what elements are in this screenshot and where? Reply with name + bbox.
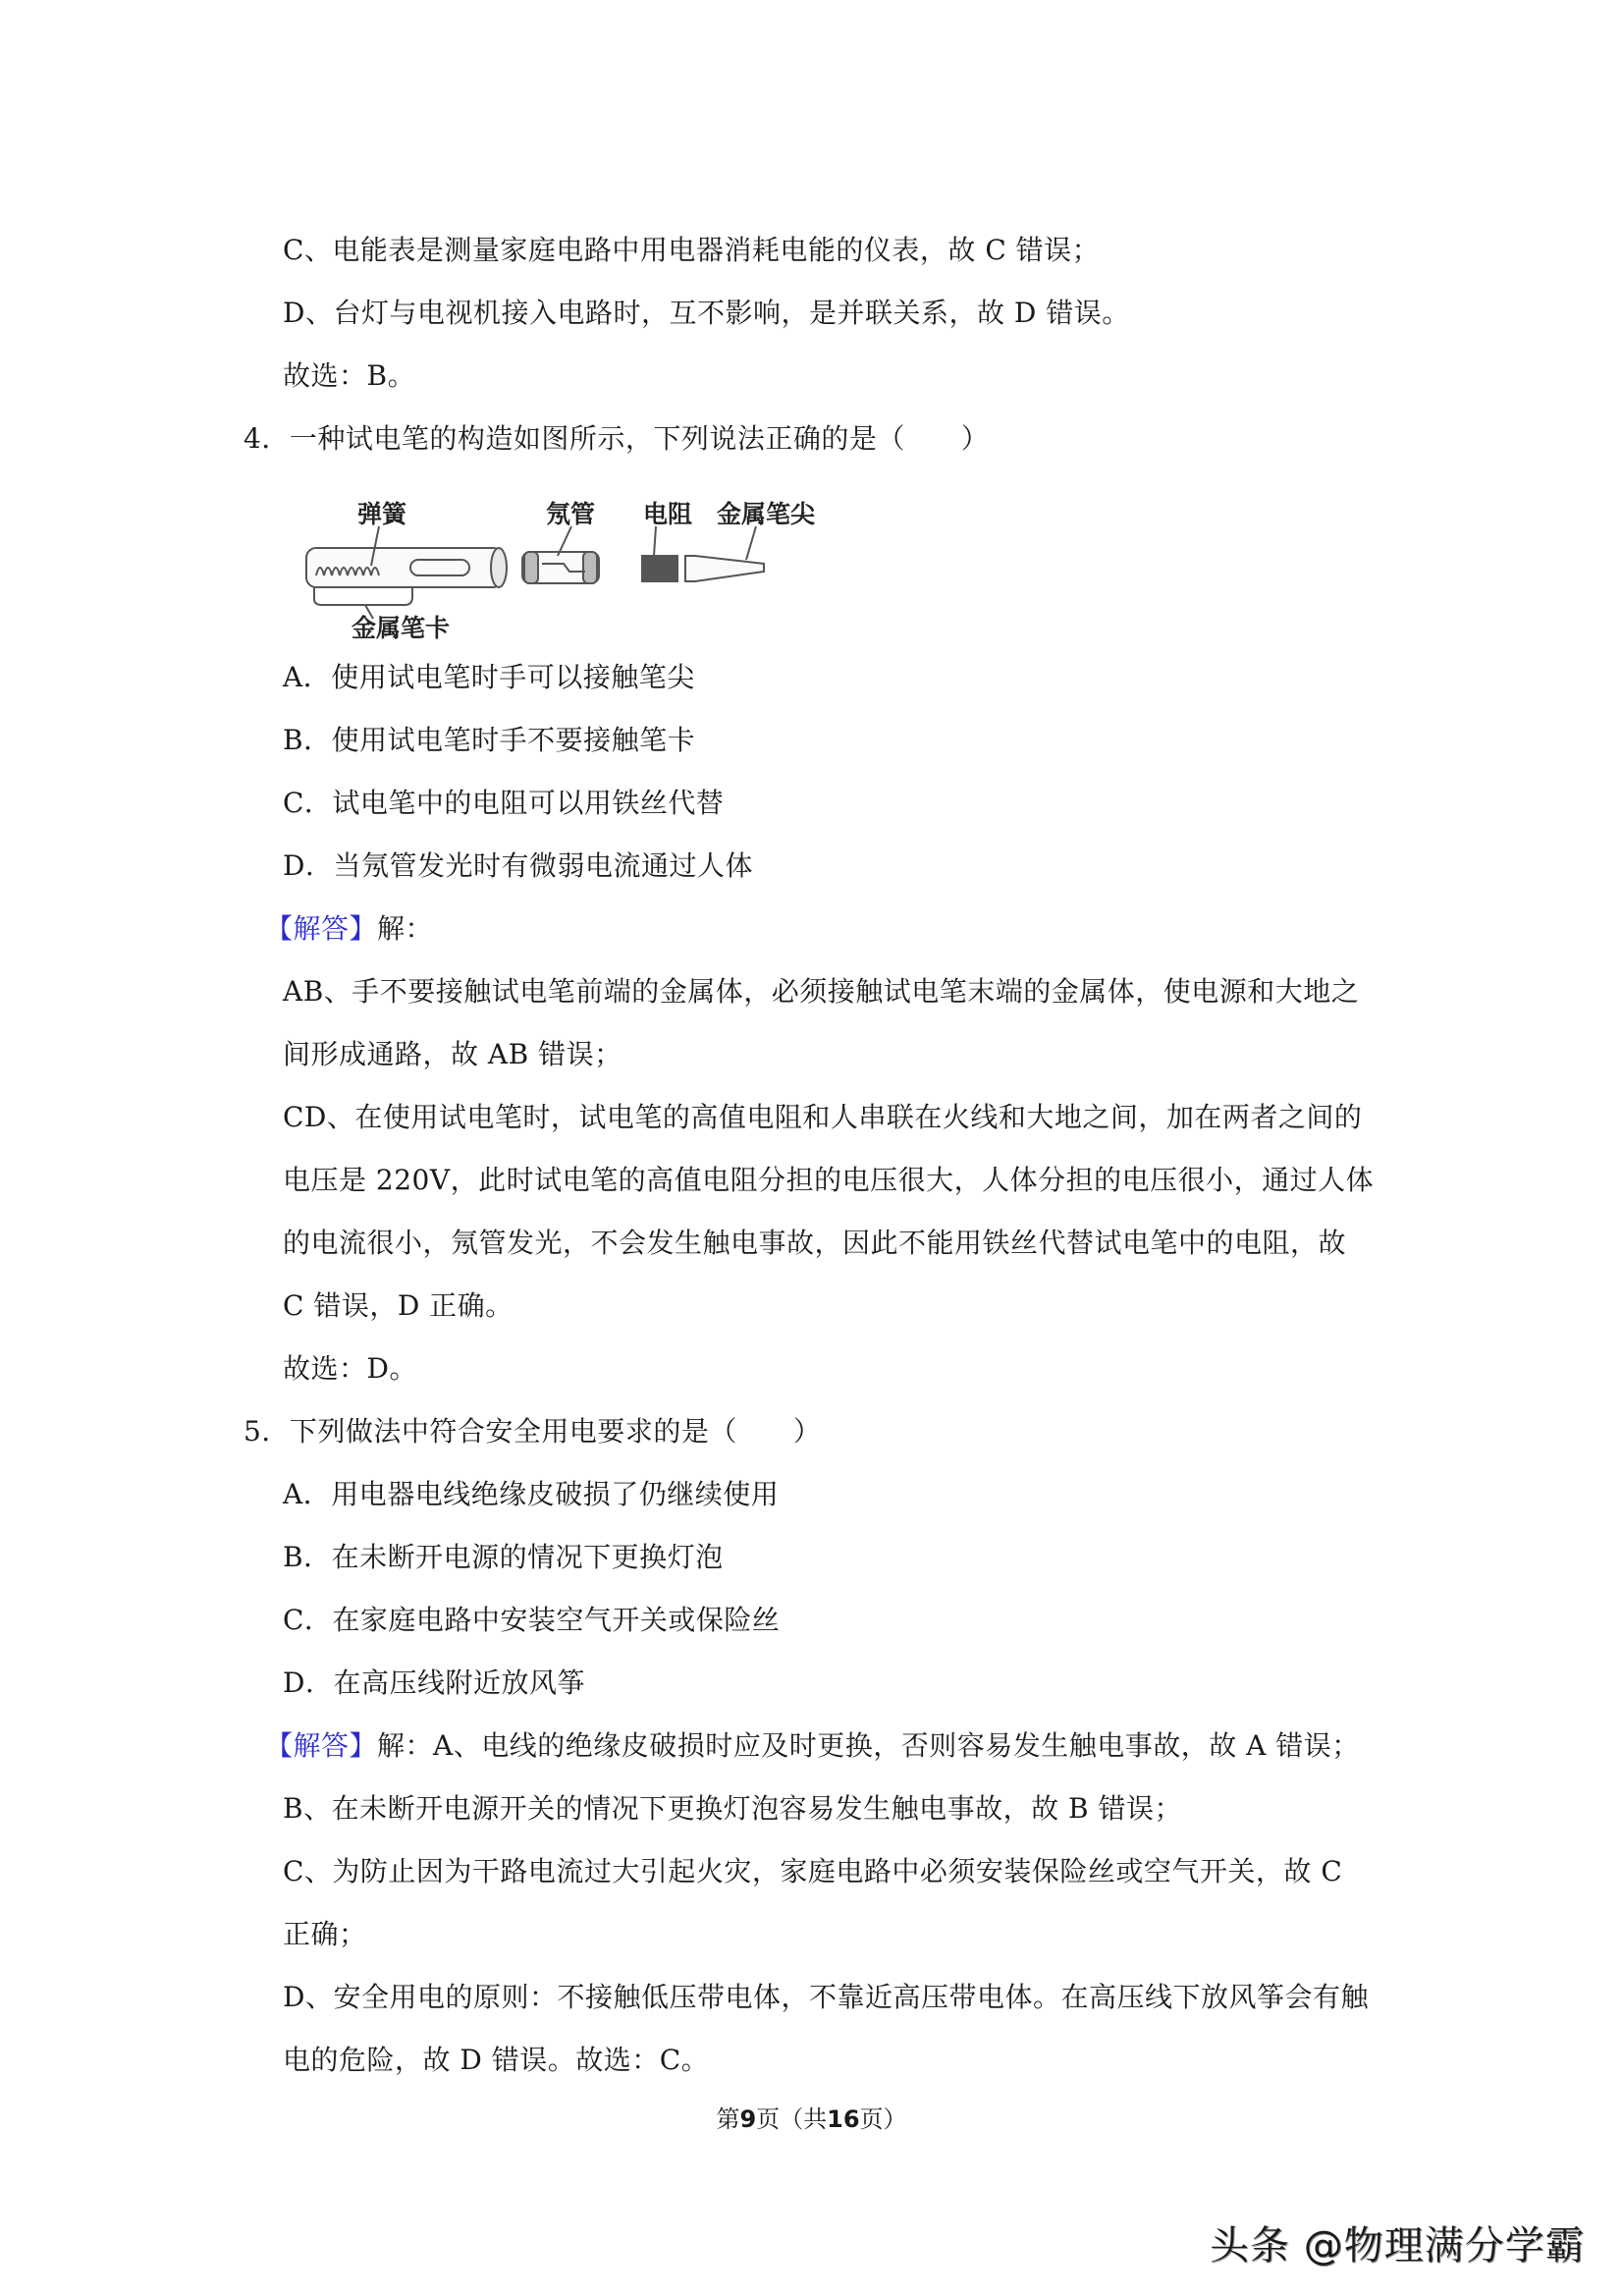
page-total: 16 — [827, 2105, 859, 2133]
page-footer: 第9页（共16页） — [0, 2104, 1623, 2135]
question-4-option-d: D．当氖管发光时有微弱电流通过人体 — [283, 847, 753, 886]
question-5-stem: 5．下列做法中符合安全用电要求的是（ ） — [243, 1412, 821, 1451]
question-4-option-c: C．试电笔中的电阻可以用铁丝代替 — [283, 784, 724, 823]
question-5-answer-line: B、在未断开电源开关的情况下更换灯泡容易发生触电事故，故 B 错误； — [283, 1789, 1182, 1829]
prev-answer-choice: 故选：B。 — [283, 356, 415, 396]
question-5-option-c: C．在家庭电路中安装空气开关或保险丝 — [283, 1601, 780, 1640]
question-4-stem: 4．一种试电笔的构造如图所示，下列说法正确的是（ ） — [243, 419, 989, 459]
pen-parts-illustration — [295, 491, 844, 648]
question-4-option-b: B．使用试电笔时手不要接触笔卡 — [283, 721, 695, 760]
question-4-answer-header: 【解答】解： — [265, 909, 433, 949]
footer-middle: 页（共 — [756, 2105, 827, 2133]
answer-label: 【解答】 — [265, 912, 377, 945]
watermark: 头条 @物理满分学霸 — [1210, 2221, 1586, 2270]
question-4-answer-line: CD、在使用试电笔时，试电笔的高值电阻和人串联在火线和大地之间，加在两者之间的 — [283, 1098, 1362, 1137]
question-5-answer-header: 【解答】解：A、电线的绝缘皮破损时应及时更换，否则容易发生触电事故，故 A 错误… — [265, 1726, 1360, 1766]
page-number: 9 — [739, 2105, 756, 2133]
footer-prefix: 第 — [716, 2105, 739, 2133]
question-4-choice: 故选：D。 — [283, 1349, 417, 1389]
question-4-answer-line: 间形成通路，故 AB 错误； — [283, 1035, 622, 1074]
question-4-option-a: A．使用试电笔时手可以接触笔尖 — [283, 658, 695, 697]
question-4-answer-line: 的电流很小，氖管发光，不会发生触电事故，因此不能用铁丝代替试电笔中的电阻，故 — [283, 1224, 1346, 1263]
question-4-answer-line: C 错误，D 正确。 — [283, 1286, 514, 1326]
question-5-option-a: A．用电器电线绝缘皮破损了仍继续使用 — [283, 1475, 779, 1514]
question-5-answer-line: D、安全用电的原则：不接触低压带电体，不靠近高压带电体。在高压线下放风筝会有触 — [283, 1978, 1369, 2017]
answer-first-line: 解：A、电线的绝缘皮破损时应及时更换，否则容易发生触电事故，故 A 错误； — [377, 1729, 1360, 1762]
question-4-answer-line: 电压是 220V，此时试电笔的高值电阻分担的电压很大，人体分担的电压很小，通过人… — [283, 1161, 1374, 1200]
question-4-answer-line: AB、手不要接触试电笔前端的金属体，必须接触试电笔末端的金属体，使电源和大地之 — [283, 972, 1359, 1011]
question-5-option-b: B．在未断开电源的情况下更换灯泡 — [283, 1538, 724, 1577]
test-pen-diagram: 弹簧 氖管 电阻 金属笔尖 金属笔卡 — [295, 491, 844, 648]
question-5-answer-line: 正确； — [283, 1915, 367, 1954]
question-5-answer-line: 电的危险，故 D 错误。故选：C。 — [283, 2041, 709, 2080]
prev-answer-line-c: C、电能表是测量家庭电路中用电器消耗电能的仪表，故 C 错误； — [283, 231, 1100, 270]
question-5-answer-line: C、为防止因为干路电流过大引起火灾，家庭电路中必须安装保险丝或空气开关，故 C — [283, 1852, 1342, 1891]
answer-intro: 解： — [377, 912, 433, 945]
footer-suffix: 页） — [860, 2105, 907, 2133]
answer-label: 【解答】 — [265, 1729, 377, 1762]
question-5-option-d: D．在高压线附近放风筝 — [283, 1664, 585, 1703]
prev-answer-line-d: D、台灯与电视机接入电路时，互不影响，是并联关系，故 D 错误。 — [283, 294, 1130, 333]
